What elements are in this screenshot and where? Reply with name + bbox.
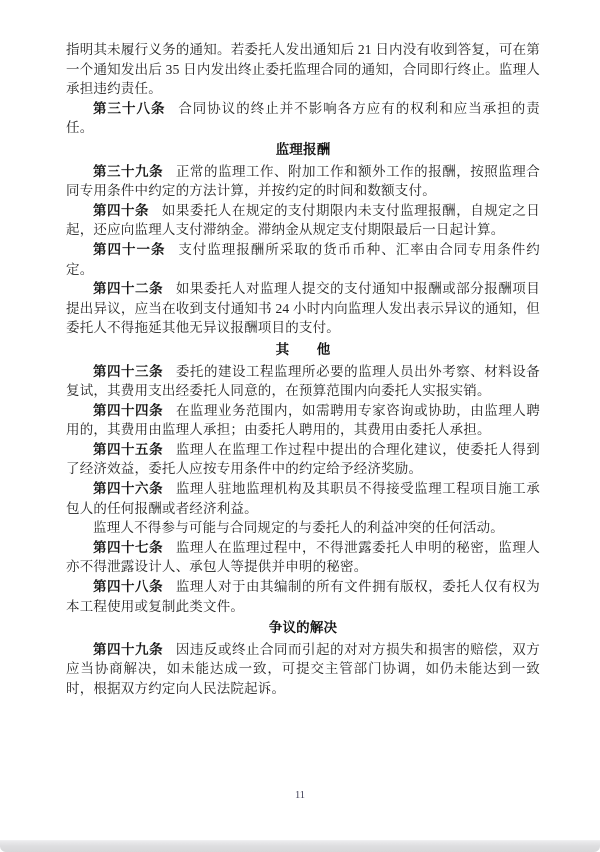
document-viewer: 指明其未履行义务的通知。若委托人发出通知后 21 日内没有收到答复，可在第一个通… (0, 0, 600, 852)
article-number: 第四十九条 (93, 642, 176, 657)
article-number: 第四十二条 (93, 281, 176, 296)
article-paragraph: 第四十六条监理人驻地监理机构及其职员不得接受监理工程项目施工承包人的任何报酬或者… (66, 479, 540, 518)
article-number: 第四十四条 (93, 403, 176, 418)
article-number: 第四十六条 (93, 481, 176, 496)
article-paragraph: 第四十七条监理人在监理过程中，不得泄露委托人申明的秘密，监理人亦不得泄露设计人、… (66, 538, 540, 577)
section-heading: 其 他 (66, 340, 540, 360)
article-paragraph: 第四十四条在监理业务范围内，如需聘用专家咨询或协助，由监理人聘用的，其费用由监理… (66, 401, 540, 440)
article-paragraph: 第三十八条合同协议的终止并不影响各方应有的权利和应当承担的责任。 (66, 99, 540, 138)
article-paragraph: 第四十一条支付监理报酬所采取的货币币种、汇率由合同专用条件约定。 (66, 240, 540, 279)
article-number: 第四十八条 (93, 579, 176, 594)
document-content: 指明其未履行义务的通知。若委托人发出通知后 21 日内没有收到答复，可在第一个通… (66, 40, 540, 699)
window-bottom-edge (0, 840, 600, 852)
article-paragraph: 第三十九条正常的监理工作、附加工作和额外工作的报酬，按照监理合同专用条件中约定的… (66, 162, 540, 201)
article-paragraph: 第四十三条委托的建设工程监理所必要的监理人员出外考察、材料设备复试，其费用支出经… (66, 362, 540, 401)
article-number: 第四十三条 (93, 364, 176, 379)
page-number: 11 (0, 790, 600, 801)
article-number: 第四十条 (93, 203, 162, 218)
article-paragraph: 第四十条如果委托人在规定的支付期限内未支付监理报酬，自规定之日起，还应向监理人支… (66, 201, 540, 240)
article-number: 第四十七条 (93, 540, 176, 555)
document-page: 指明其未履行义务的通知。若委托人发出通知后 21 日内没有收到答复，可在第一个通… (0, 0, 600, 840)
article-number: 第四十一条 (93, 242, 178, 257)
article-paragraph: 第四十二条如果委托人对监理人提交的支付通知中报酬或部分报酬项目提出异议，应当在收… (66, 279, 540, 338)
article-number: 第三十八条 (93, 101, 178, 116)
article-paragraph: 第四十八条监理人对于由其编制的所有文件拥有版权，委托人仅有权为本工程使用或复制此… (66, 577, 540, 616)
section-heading: 争议的解决 (66, 618, 540, 638)
body-paragraph: 指明其未履行义务的通知。若委托人发出通知后 21 日内没有收到答复，可在第一个通… (66, 40, 540, 99)
body-paragraph: 监理人不得参与可能与合同规定的与委托人的利益冲突的任何活动。 (66, 518, 540, 538)
article-paragraph: 第四十五条监理人在监理工作过程中提出的合理化建议，使委托人得到了经济效益，委托人… (66, 440, 540, 479)
article-number: 第四十五条 (93, 442, 176, 457)
article-paragraph: 第四十九条因违反或终止合同而引起的对对方损失和损害的赔偿，双方应当协商解决，如未… (66, 640, 540, 699)
article-number: 第三十九条 (93, 164, 176, 179)
section-heading: 监理报酬 (66, 140, 540, 160)
